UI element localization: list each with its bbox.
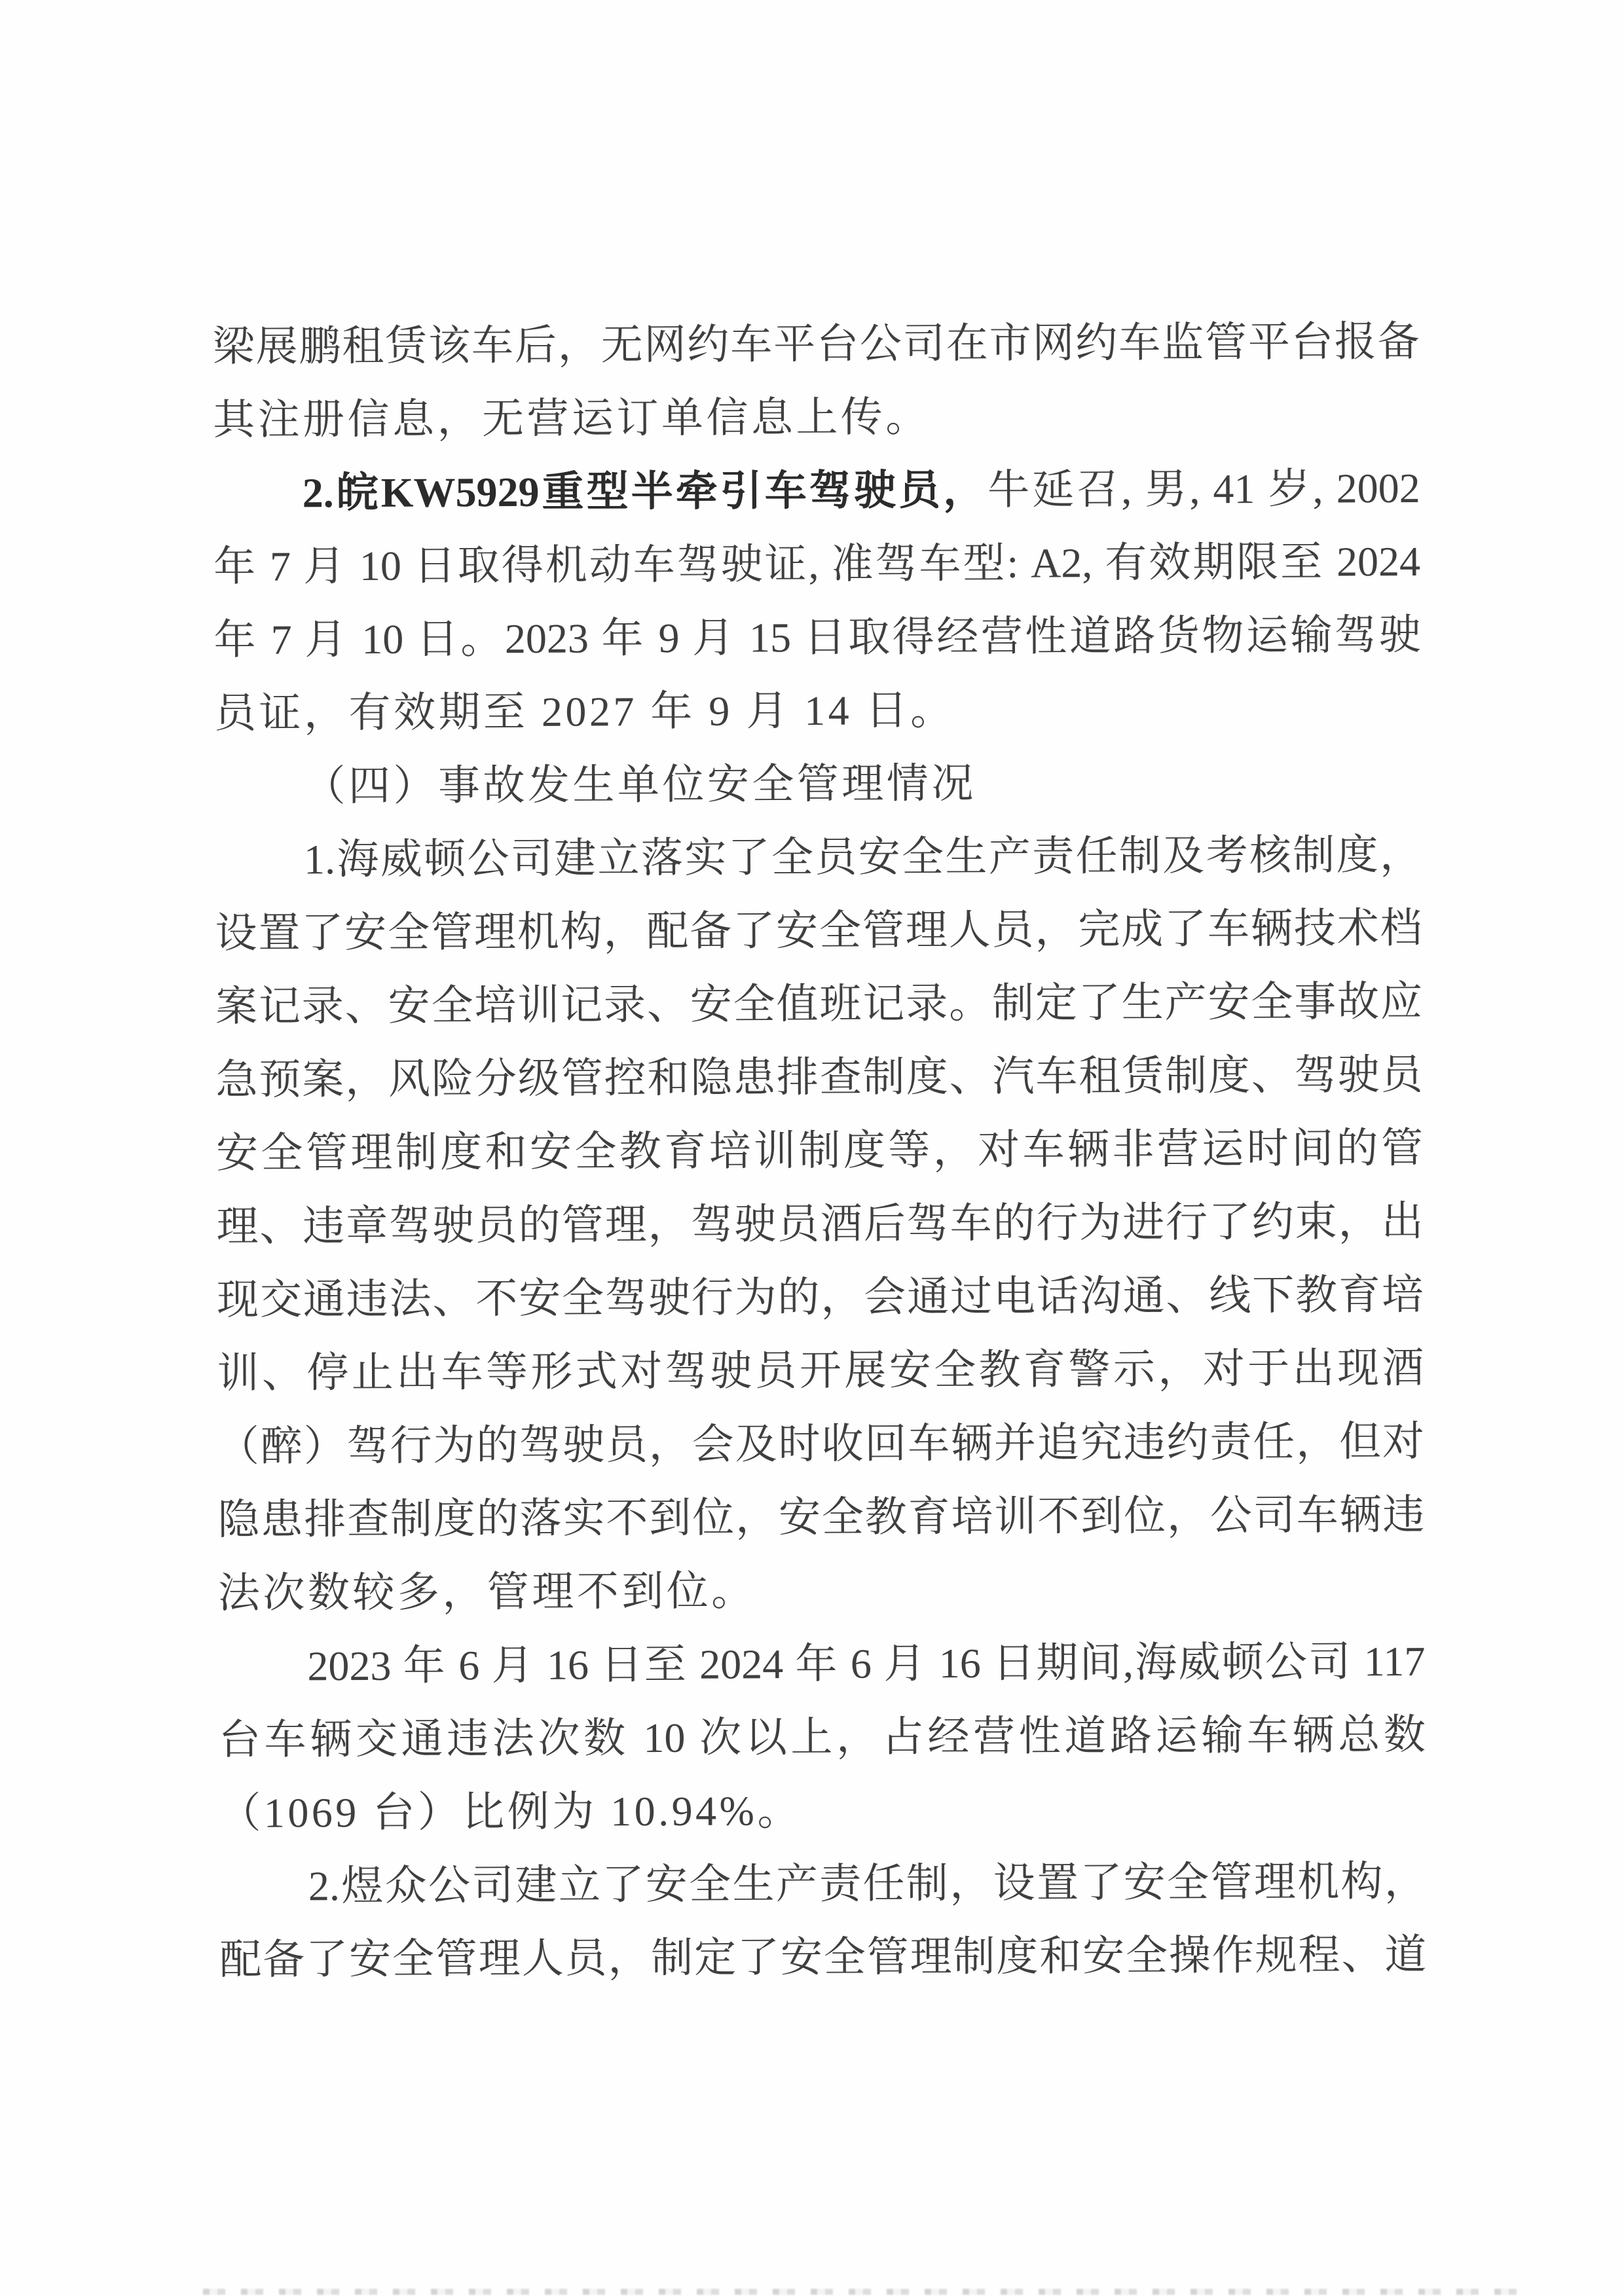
document-line: 案记录、安全培训记录、安全值班记录。制定了生产安全事故应 [215, 965, 1422, 1044]
document-line: 法次数较多，管理不到位。 [218, 1552, 1425, 1630]
document-page: 梁展鹏租赁该车后，无网约车平台公司在市网约车监管平台报备其注册信息，无营运订单信… [0, 0, 1624, 2296]
document-line: 隐患排查制度的落实不到位，安全教育培训不到位，公司车辆违 [217, 1478, 1424, 1557]
body-text: 隐患排查制度的落实不到位，安全教育培训不到位，公司车辆违 [217, 1491, 1424, 1543]
body-text: 案记录、安全培训记录、安全值班记录。制定了生产安全事故应 [215, 978, 1422, 1030]
body-text: 配备了安全管理人员，制定了安全管理制度和安全操作规程、道 [219, 1931, 1426, 1983]
body-text: 梁展鹏租赁该车后，无网约车平台公司在市网约车监管平台报备 [212, 318, 1419, 370]
body-text: （1069 台）比例为 10.94%。 [219, 1787, 802, 1836]
body-text: 员证，有效期至 2027 年 9 月 14 日。 [214, 687, 955, 737]
body-text: 台车辆交通违法次数 10 次以上，占经营性道路运输车辆总数 [219, 1711, 1426, 1763]
document-line: 台车辆交通违法次数 10 次以上，占经营性道路运输车辆总数 [219, 1698, 1426, 1777]
body-text: 训、停止出车等形式对驾驶员开展安全教育警示，对于出现酒 [217, 1345, 1424, 1396]
emphasized-text: 2.皖KW5929重型半牵引车驾驶员， [302, 467, 987, 517]
body-text: 安全管理制度和安全教育培训制度等，对车辆非营运时间的管 [216, 1125, 1423, 1176]
body-text: （四）事故发生单位安全管理情况 [303, 760, 976, 809]
document-line: 训、停止出车等形式对驾驶员开展安全教育警示，对于出现酒 [217, 1332, 1424, 1410]
document-line: 设置了安全管理机构，配备了安全管理人员，完成了车辆技术档 [215, 892, 1422, 970]
document-line: （1069 台）比例为 10.94%。 [219, 1772, 1426, 1850]
body-text: 年 7 月 10 日取得机动车驾驶证, 准驾车型: A2, 有效期限至 2024 [213, 538, 1420, 590]
document-line: 1.海威顿公司建立落实了全员安全生产责任制及考核制度， [215, 818, 1422, 897]
document-line: 安全管理制度和安全教育培训制度等，对车辆非营运时间的管 [216, 1112, 1423, 1190]
body-text: 法次数较多，管理不到位。 [218, 1567, 756, 1616]
text-block: 梁展鹏租赁该车后，无网约车平台公司在市网约车监管平台报备其注册信息，无营运订单信… [212, 305, 1426, 1997]
bottom-cutoff-text-remnant [203, 2289, 1519, 2295]
body-text: 其注册信息，无营运订单信息上传。 [213, 393, 931, 443]
document-line: 现交通违法、不安全驾驶行为的，会通过电话沟通、线下教育培 [217, 1258, 1424, 1337]
document-line: 配备了安全管理人员，制定了安全管理制度和安全操作规程、道 [219, 1918, 1426, 1997]
body-text: 年 7 月 10 日。2023 年 9 月 15 日取得经营性道路货物运输驾驶 [213, 611, 1420, 663]
body-text: 牛延召, 男, 41 岁, 2002 [987, 465, 1420, 513]
body-text: 2.煜众公司建立了安全生产责任制，设置了安全管理机构， [308, 1858, 1426, 1909]
document-line: 其注册信息，无营运订单信息上传。 [213, 378, 1420, 457]
body-text: 急预案，风险分级管控和隐患排查制度、汽车租赁制度、驾驶员 [215, 1051, 1422, 1103]
document-line: （四）事故发生单位安全管理情况 [214, 745, 1421, 824]
document-line: 年 7 月 10 日取得机动车驾驶证, 准驾车型: A2, 有效期限至 2024 [213, 525, 1420, 604]
body-text: 理、违章驾驶员的管理，驾驶员酒后驾车的行为进行了约束，出 [216, 1198, 1423, 1250]
document-line: 年 7 月 10 日。2023 年 9 月 15 日取得经营性道路货物运输驾驶 [213, 598, 1420, 677]
document-line: （醉）驾行为的驾驶员，会及时收回车辆并追究违约责任，但对 [217, 1405, 1424, 1484]
body-text: 现交通违法、不安全驾驶行为的，会通过电话沟通、线下教育培 [217, 1271, 1424, 1323]
document-line: 2.煜众公司建立了安全生产责任制，设置了安全管理机构， [219, 1845, 1426, 1923]
body-text: 设置了安全管理机构，配备了安全管理人员，完成了车辆技术档 [215, 905, 1422, 957]
document-line: 2.皖KW5929重型半牵引车驾驶员，牛延召, 男, 41 岁, 2002 [213, 452, 1420, 530]
document-line: 员证，有效期至 2027 年 9 月 14 日。 [214, 672, 1421, 750]
body-text: 1.海威顿公司建立落实了全员安全生产责任制及考核制度， [304, 831, 1422, 883]
document-line: 2023 年 6 月 16 日至 2024 年 6 月 16 日期间,海威顿公司… [218, 1625, 1425, 1704]
document-line: 梁展鹏租赁该车后，无网约车平台公司在市网约车监管平台报备 [212, 305, 1419, 384]
body-text: （醉）驾行为的驾驶员，会及时收回车辆并追究违约责任，但对 [217, 1418, 1424, 1470]
body-text: 2023 年 6 月 16 日至 2024 年 6 月 16 日期间,海威顿公司… [307, 1638, 1425, 1689]
document-line: 理、违章驾驶员的管理，驾驶员酒后驾车的行为进行了约束，出 [216, 1185, 1423, 1264]
document-line: 急预案，风险分级管控和隐患排查制度、汽车租赁制度、驾驶员 [215, 1038, 1422, 1117]
